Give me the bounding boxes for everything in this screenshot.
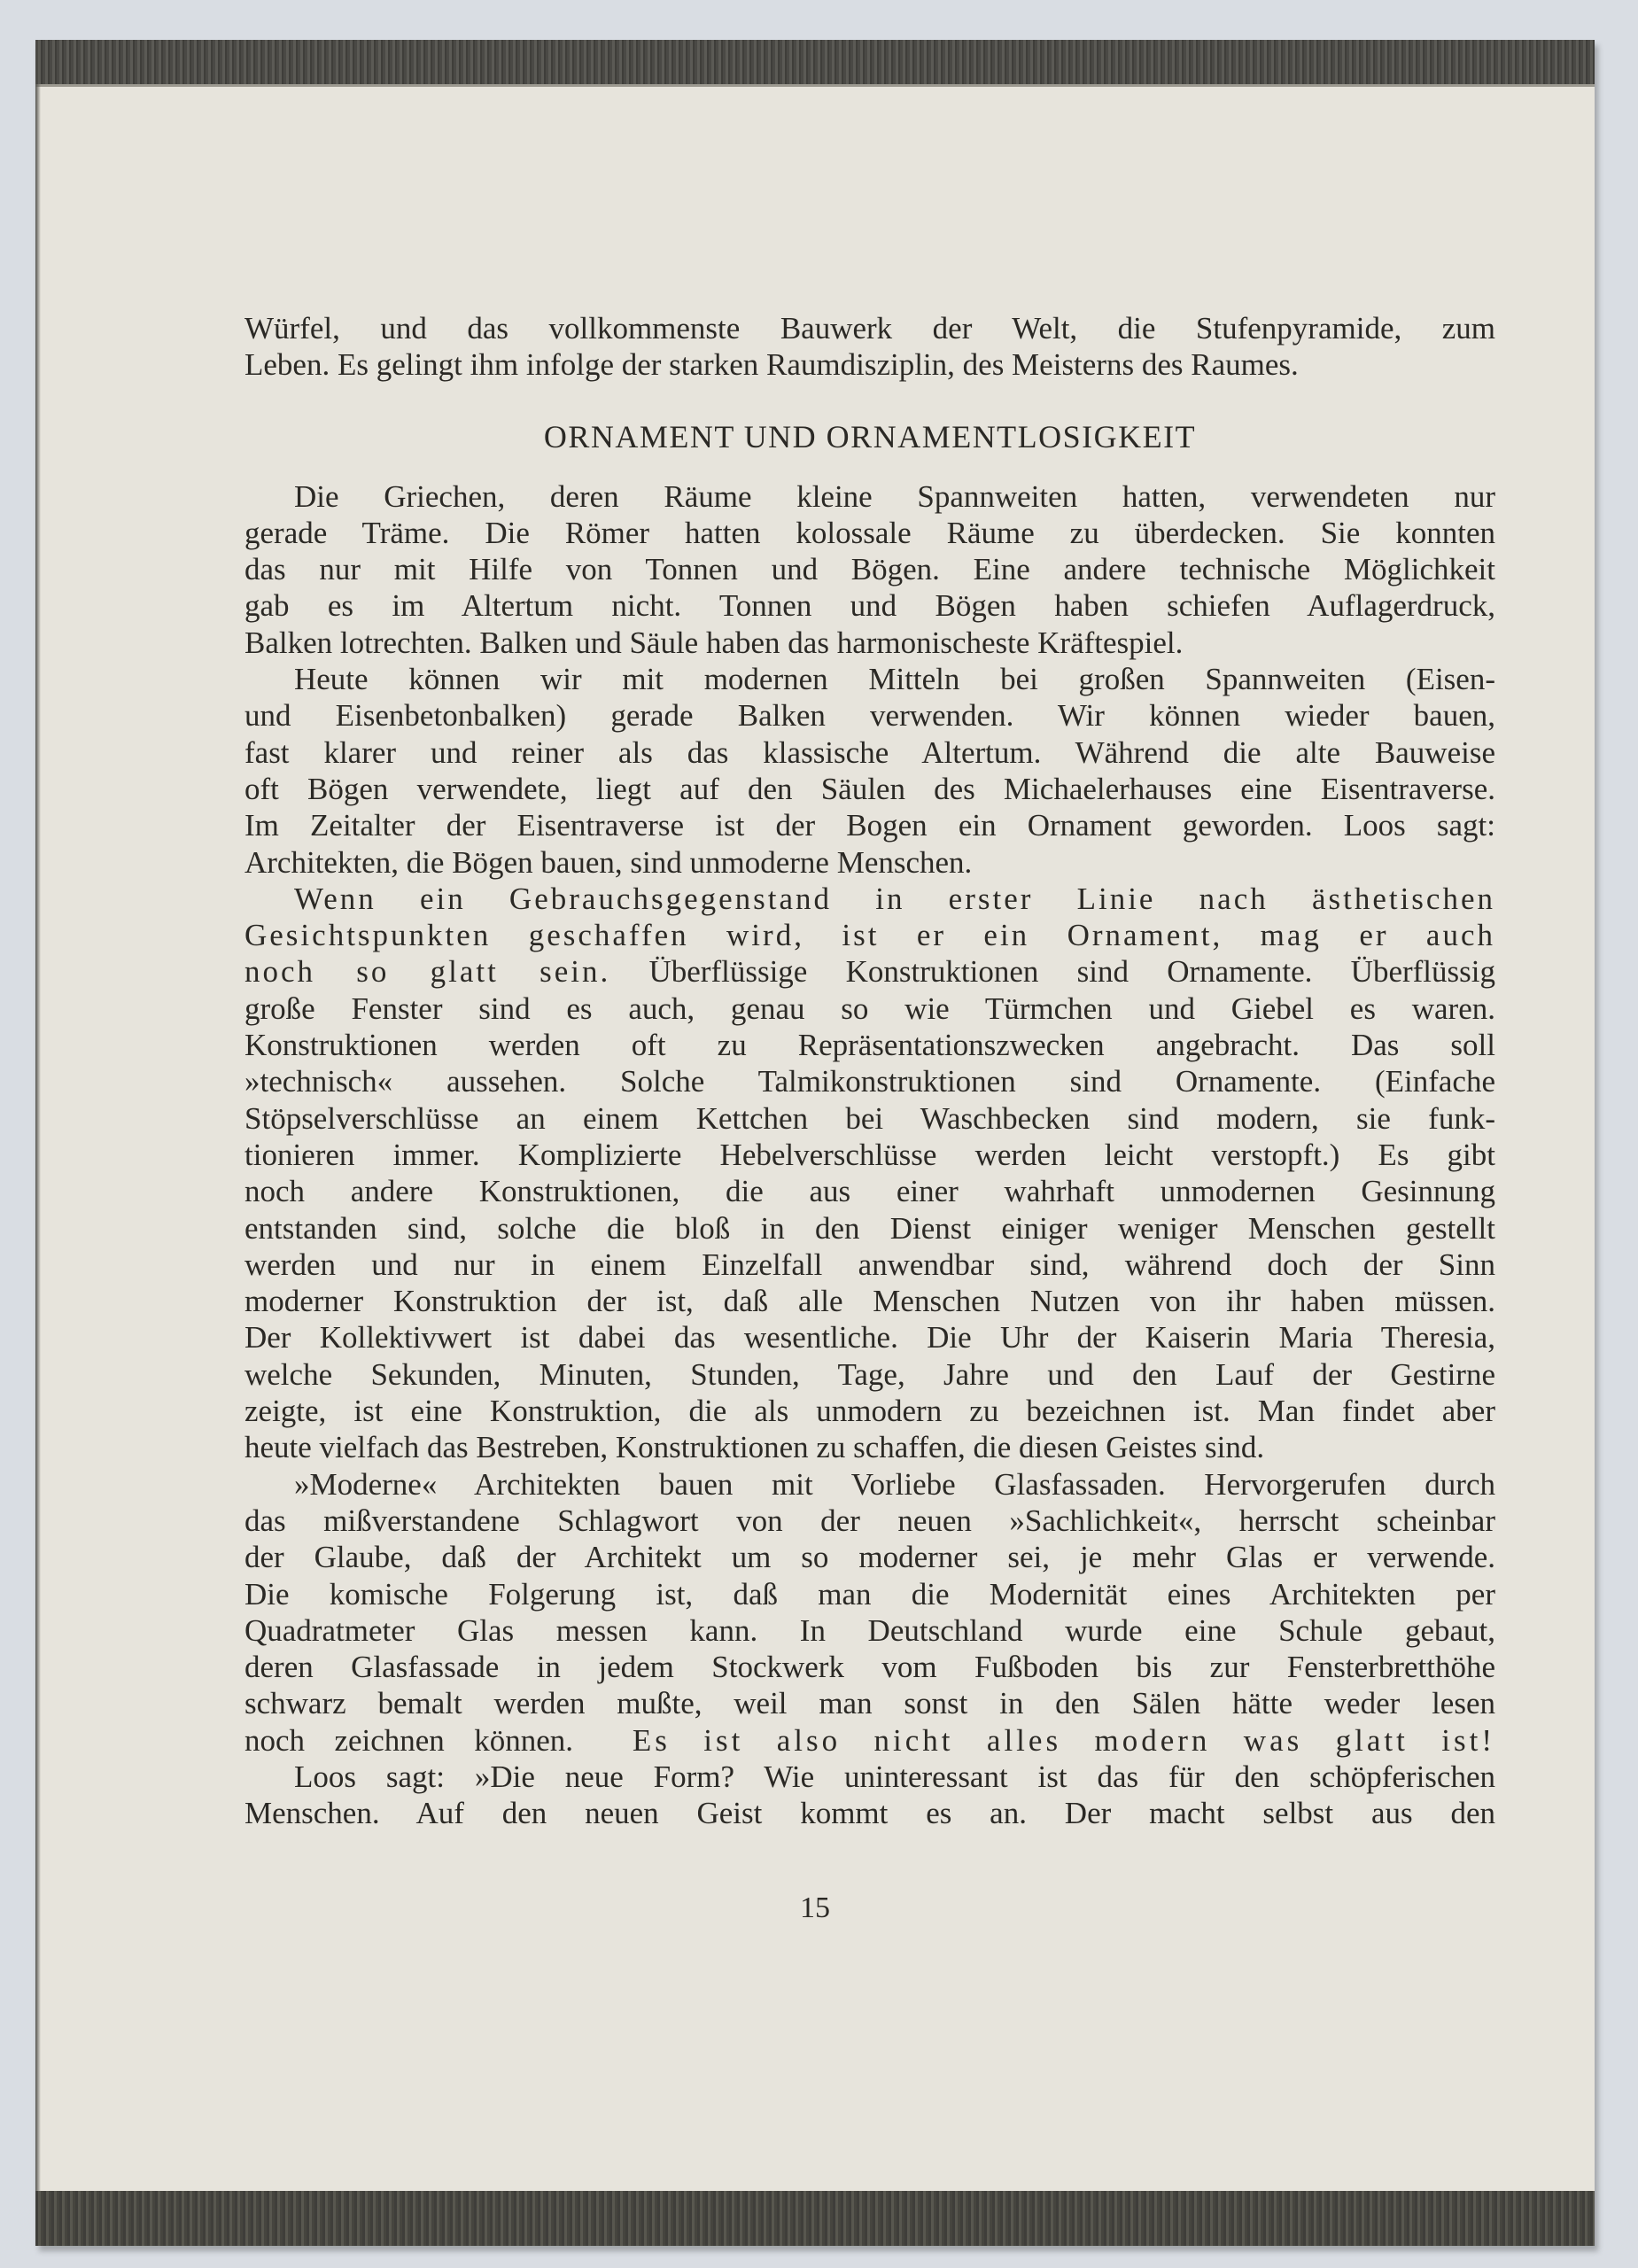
text-line: Im Zeitalter der Eisentraverse ist der B… [245, 807, 1495, 843]
text-line: entstanden sind, solche die bloß in den … [245, 1210, 1495, 1247]
body-text: Würfel, und das vollkommenste Bauwerk de… [245, 310, 1495, 1832]
text-line: Heute können wir mit modernen Mitteln be… [245, 661, 1495, 697]
text-line-spaced: Gesichtspunkten geschaffen wird, ist er … [245, 917, 1495, 953]
text-line: schwarz bemalt werden mußte, weil man so… [245, 1685, 1495, 1721]
page-bottom-dark-band [35, 2191, 1595, 2246]
text-line: werden und nur in einem Einzelfall anwen… [245, 1247, 1495, 1283]
text-line: fast klarer und reiner als das klassisch… [245, 734, 1495, 771]
text-line: Stöpselverschlüsse an einem Kettchen bei… [245, 1100, 1495, 1137]
text-line: zeigte, ist eine Konstruktion, die als u… [245, 1393, 1495, 1429]
text-line: Die Griechen, deren Räume kleine Spannwe… [245, 478, 1495, 515]
line-continuation: Überflüssige Konstruktionen sind Ornamen… [649, 954, 1496, 989]
text-line: Würfel, und das vollkommenste Bauwerk de… [245, 310, 1495, 346]
page-top-dark-band [35, 40, 1595, 87]
text-line: moderner Konstruktion der ist, daß alle … [245, 1283, 1495, 1319]
text-line: das nur mit Hilfe von Tonnen und Bögen. … [245, 551, 1495, 587]
text-line: Konstruktionen werden oft zu Repräsentat… [245, 1027, 1495, 1063]
text-line: Architekten, die Bögen bauen, sind unmod… [245, 844, 1495, 881]
text-line: große Fenster sind es auch, genau so wie… [245, 990, 1495, 1027]
text-line: Der Kollektivwert ist dabei das wesentli… [245, 1319, 1495, 1355]
text-line: oft Bögen verwendete, liegt auf den Säul… [245, 771, 1495, 807]
text-line: »Moderne« Architekten bauen mit Vorliebe… [245, 1466, 1495, 1503]
text-line: gerade Träme. Die Römer hatten kolossale… [245, 515, 1495, 551]
spaced-phrase: noch so glatt sein. [245, 954, 610, 989]
scanned-page: Würfel, und das vollkommenste Bauwerk de… [35, 40, 1595, 2246]
text-line: welche Sekunden, Minuten, Stunden, Tage,… [245, 1356, 1495, 1393]
section-heading: ORNAMENT UND ORNAMENTLOSIGKEIT [245, 419, 1495, 455]
text-line: Leben. Es gelingt ihm infolge der starke… [245, 346, 1495, 383]
text-line: noch so glatt sein. Überflüssige Konstru… [245, 953, 1495, 990]
text-line: der Glaube, daß der Architekt um so mode… [245, 1539, 1495, 1575]
text-line: noch andere Konstruktionen, die aus eine… [245, 1173, 1495, 1209]
text-line: Loos sagt: »Die neue Form? Wie uninteres… [245, 1759, 1495, 1795]
page-number: 15 [35, 1891, 1595, 1925]
line-start: noch zeichnen können. [245, 1723, 573, 1758]
text-line: und Eisenbetonbalken) gerade Balken verw… [245, 697, 1495, 734]
text-line: noch zeichnen können. Es ist also nicht … [245, 1722, 1495, 1759]
page-left-edge-shadow [35, 84, 41, 2193]
text-line: »technisch« aussehen. Solche Talmikonstr… [245, 1063, 1495, 1099]
text-line: tionieren immer. Komplizierte Hebelversc… [245, 1137, 1495, 1173]
text-line: deren Glasfassade in jedem Stockwerk vom… [245, 1649, 1495, 1685]
spaced-phrase: Es ist also nicht alles modern was glatt… [633, 1723, 1495, 1758]
text-line: heute vielfach das Bestreben, Konstrukti… [245, 1429, 1495, 1465]
text-line: Menschen. Auf den neuen Geist kommt es a… [245, 1795, 1495, 1831]
text-line-spaced: Wenn ein Gebrauchsgegenstand in erster L… [245, 881, 1495, 917]
text-line: gab es im Altertum nicht. Tonnen und Bög… [245, 587, 1495, 624]
text-line: Quadratmeter Glas messen kann. In Deutsc… [245, 1612, 1495, 1649]
text-line: das mißverstandene Schlagwort von der ne… [245, 1503, 1495, 1539]
text-line: Die komische Folgerung ist, daß man die … [245, 1576, 1495, 1612]
text-line: Balken lotrechten. Balken und Säule habe… [245, 625, 1495, 661]
